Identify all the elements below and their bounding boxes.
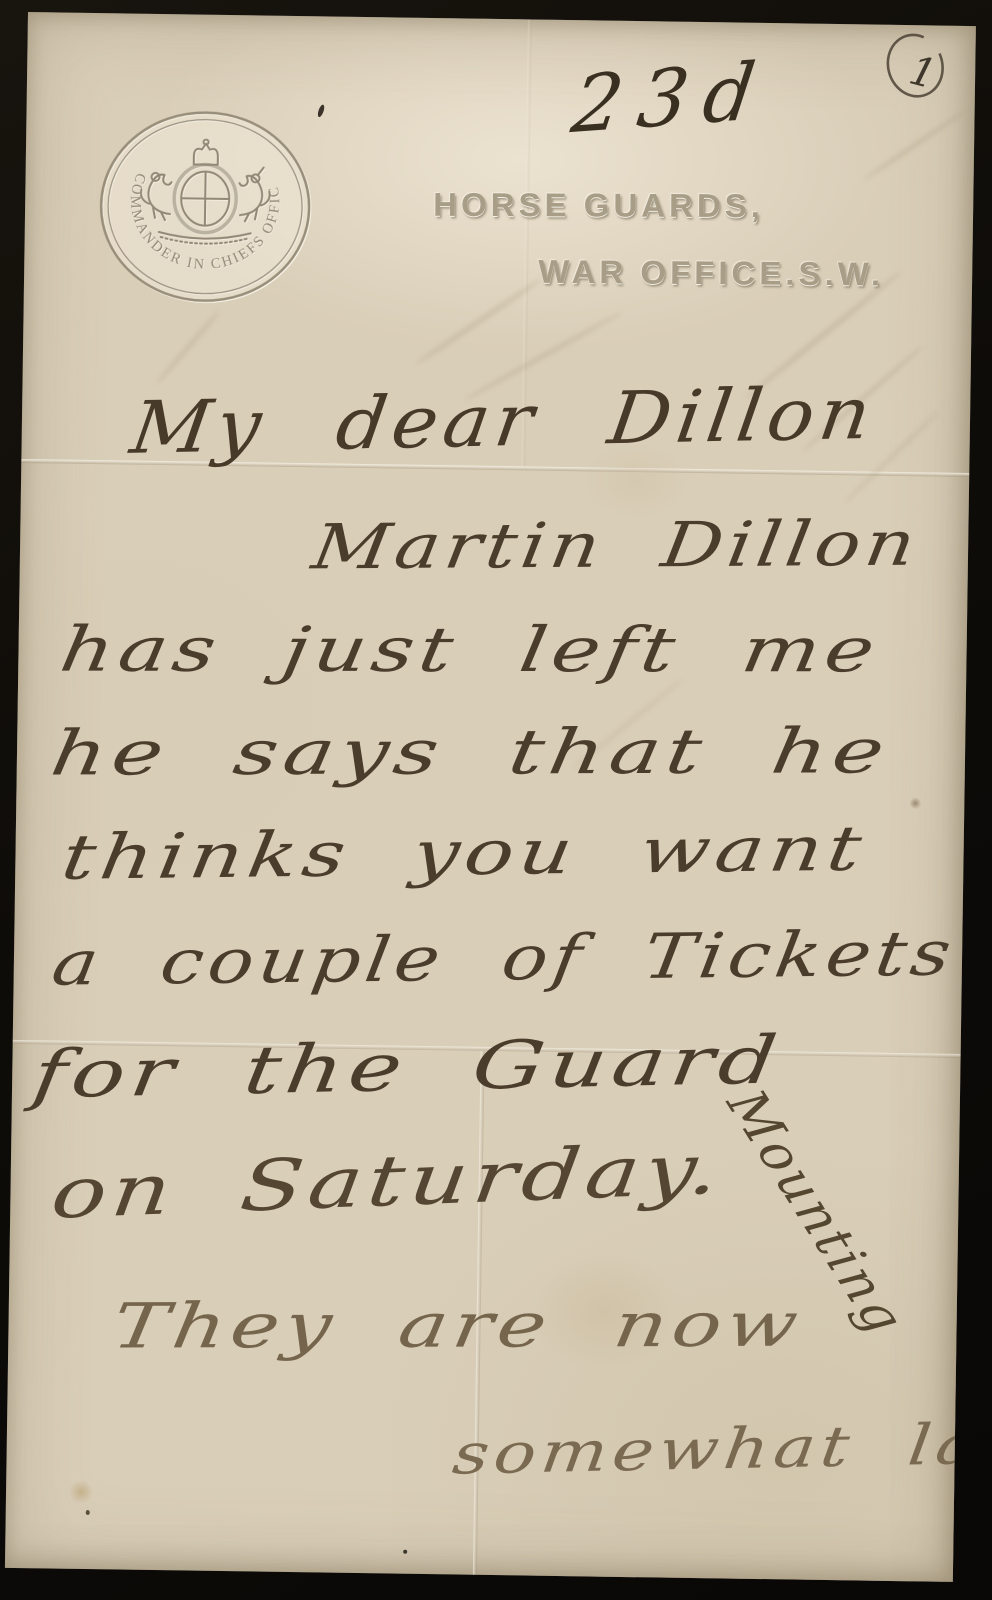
scanned-letter-photo: COMMANDER IN CHIEFS OFFICE <box>0 0 992 1600</box>
handwritten-date: 23d <box>567 46 776 151</box>
letterhead-line1: HORSE GUARDS, <box>433 186 764 225</box>
letter-line-3: he says that he <box>46 714 895 789</box>
letter-line-8: They are now <box>108 1288 808 1363</box>
letter-line-4: thinks you want <box>57 812 871 894</box>
letterhead-line2: WAR OFFICE.S.W. <box>538 253 884 294</box>
ink-fleck <box>86 1510 90 1515</box>
ink-showthrough <box>156 309 222 384</box>
letter-line-2: has just left me <box>55 613 884 687</box>
ink-showthrough <box>863 110 965 182</box>
page-number: 1 <box>905 47 941 98</box>
letter-page: COMMANDER IN CHIEFS OFFICE <box>5 12 976 1582</box>
letter-line-7: on Saturday. <box>47 1127 728 1235</box>
letter-line-5: a couple of Tickets <box>48 916 961 999</box>
page-number-circle: 1 <box>879 31 954 112</box>
salutation-line: My dear Dillon <box>126 371 881 470</box>
letter-line-6: for the Guard <box>28 1021 787 1113</box>
ink-fleck <box>403 1550 407 1554</box>
royal-crest-seal: COMMANDER IN CHIEFS OFFICE <box>79 95 332 319</box>
paper-stain <box>909 797 921 809</box>
letter-line-9: somewhat late <box>449 1410 976 1487</box>
paper-stain <box>68 1481 94 1503</box>
letter-line-1: Martin Dillon <box>308 507 925 584</box>
